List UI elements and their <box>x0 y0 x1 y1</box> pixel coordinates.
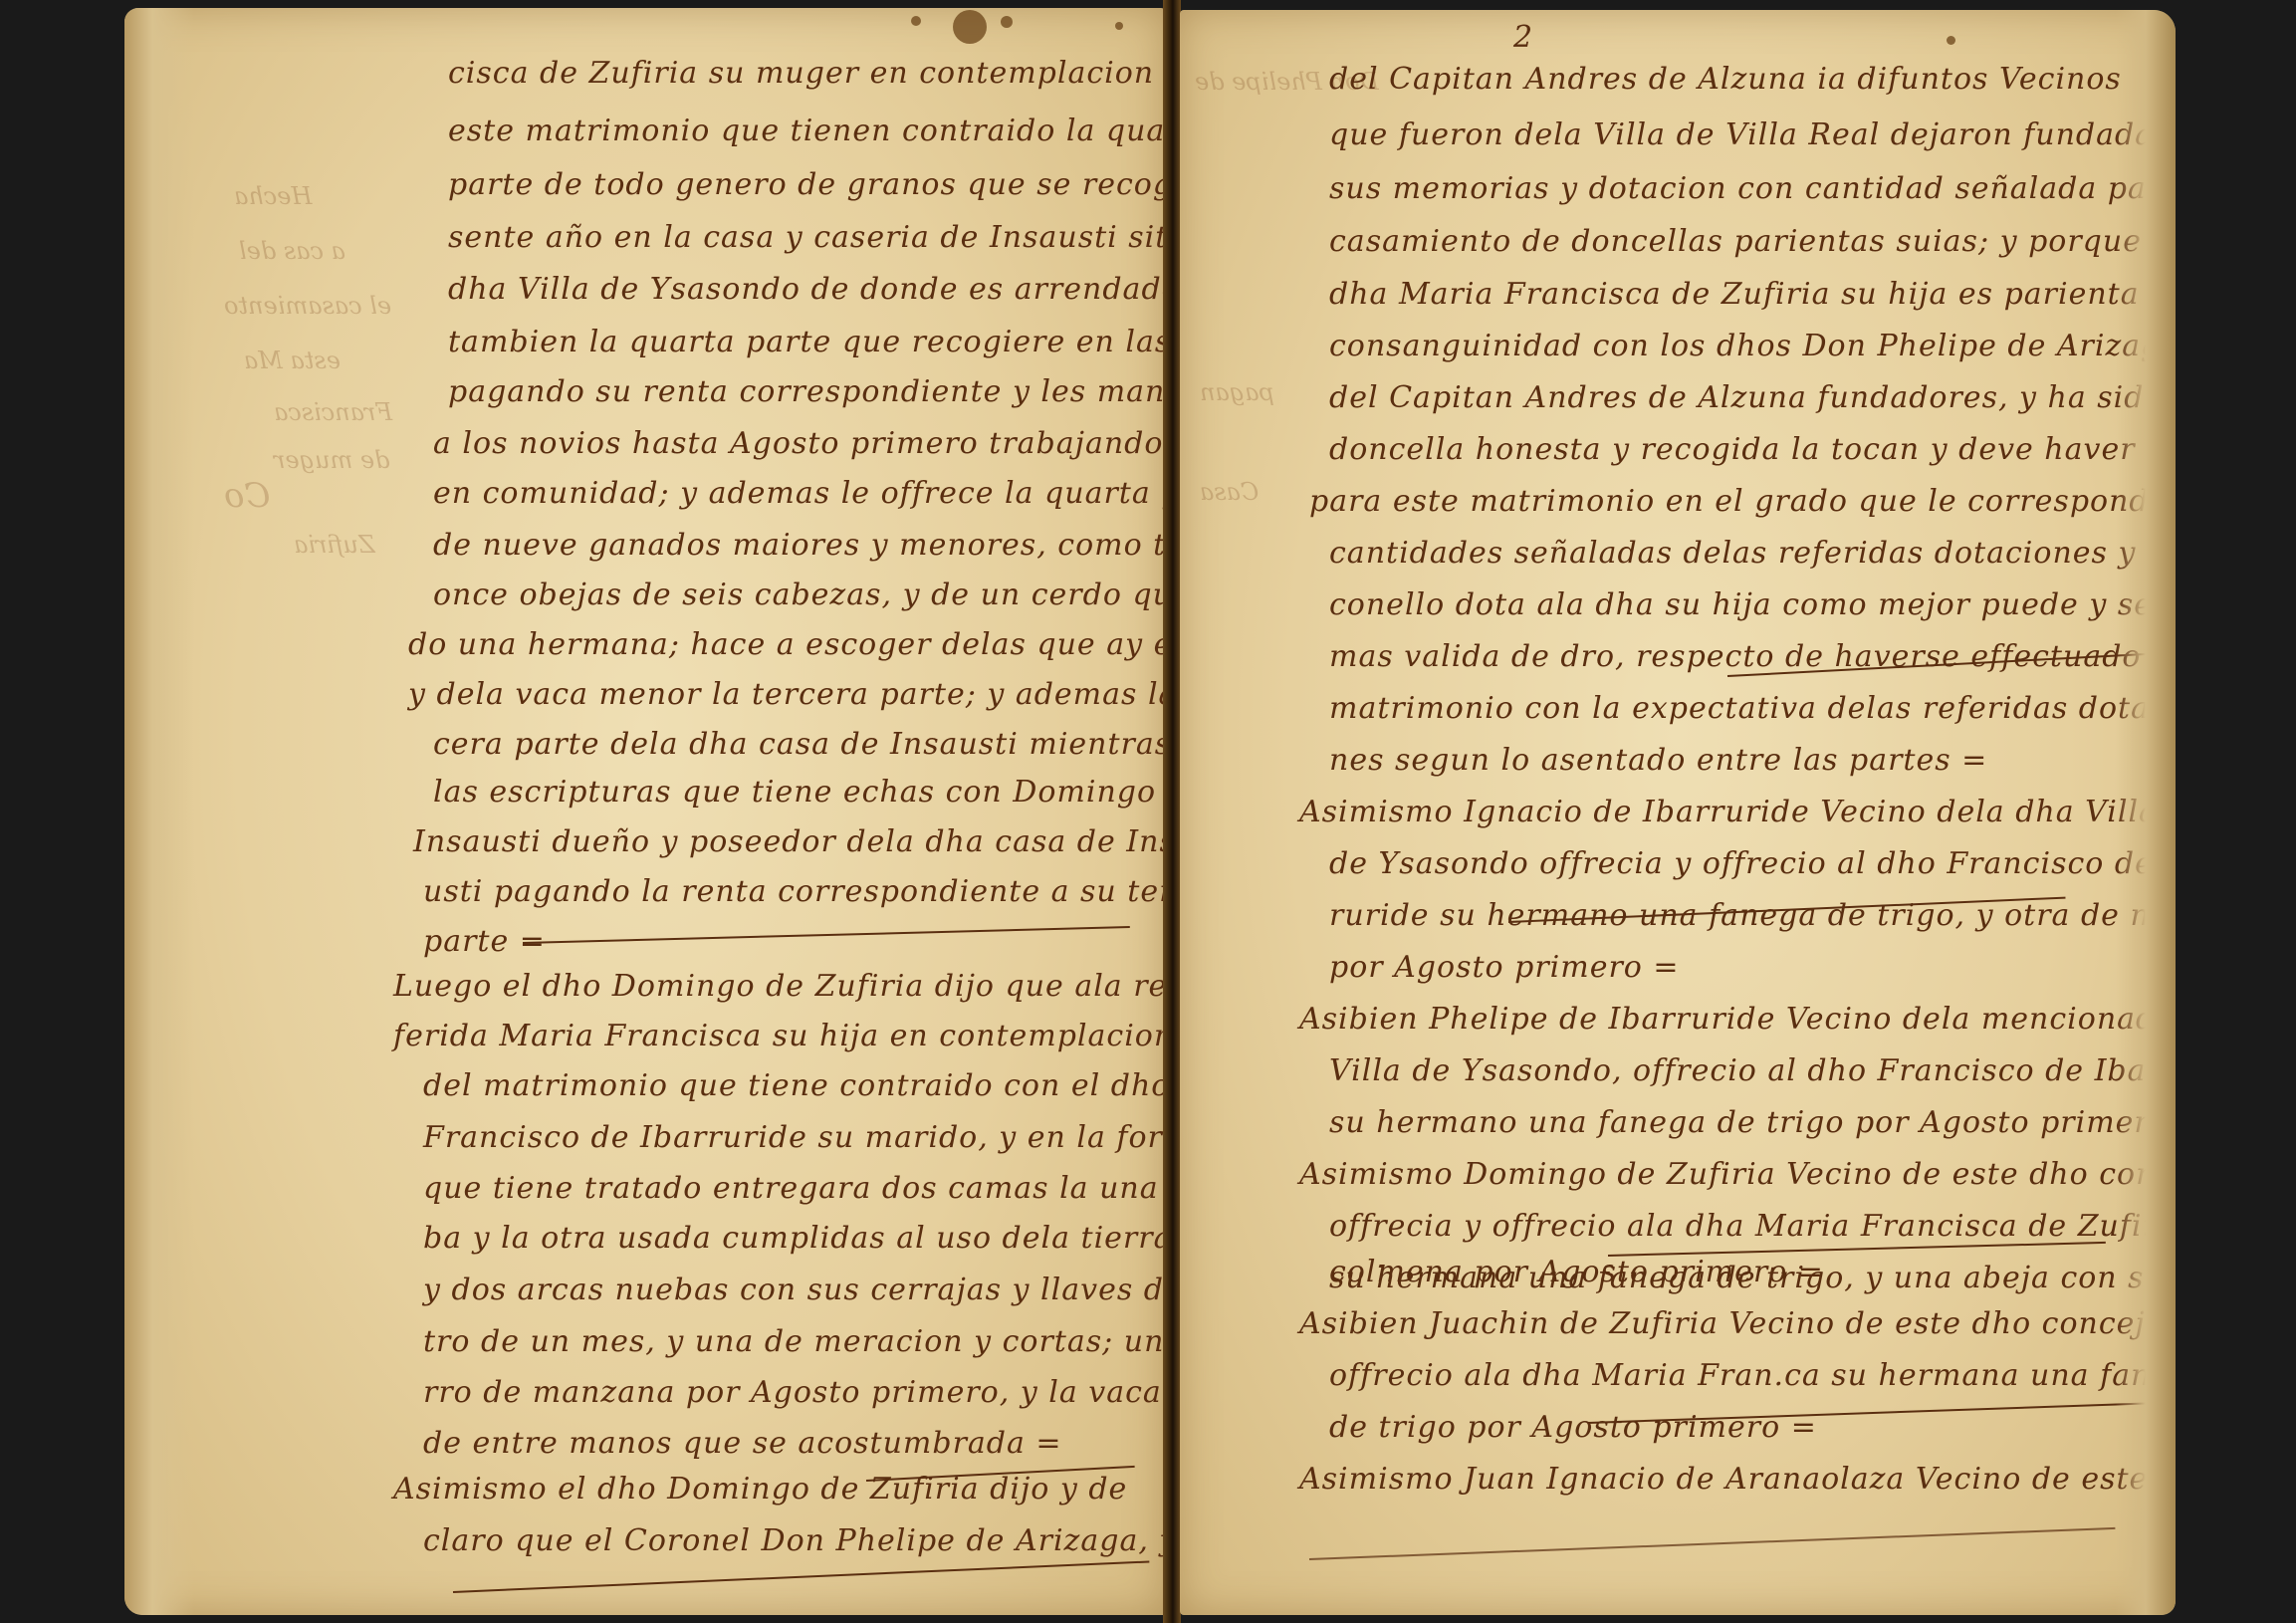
manuscript-line: ferida Maria Francisca su hija en contem… <box>393 1019 1165 1053</box>
manuscript-line: tro de un mes, y una de meracion y corta… <box>423 1324 1165 1359</box>
right-page: 2 Don Phelipe de Casa pagan del Capitan … <box>1180 10 2176 1615</box>
margin-bleedthrough: Casa <box>1200 478 1259 506</box>
manuscript-line: para este matrimonio en el grado que le … <box>1309 484 2176 519</box>
manuscript-line: offrecia y offrecio ala dha Maria Franci… <box>1329 1209 2176 1244</box>
page-number: 2 <box>1513 20 1532 55</box>
manuscript-line: del matrimonio que tiene contraido con e… <box>423 1068 1165 1103</box>
manuscript-line: cera parte dela dha casa de Insausti mie… <box>433 727 1165 762</box>
ink-spot <box>911 16 921 26</box>
manuscript-line: dha Maria Francisca de Zufiria su hija e… <box>1329 277 2176 312</box>
bleedthrough-text: de muger <box>274 446 389 474</box>
manuscript-line: del Capitan Andres de Alzuna fundadores,… <box>1329 380 2164 415</box>
manuscript-line: de entre manos que se acostumbrada = <box>423 1426 1062 1461</box>
manuscript-line: Asimismo el dho Domingo de Zufiria dijo … <box>393 1472 1127 1507</box>
manuscript-line: colmena por Agosto primero = <box>1329 1255 1824 1289</box>
manuscript-line: offrecio ala dha Maria Fran.ca su herman… <box>1329 1358 2176 1393</box>
manuscript-line: cantidades señaladas delas referidas dot… <box>1329 536 2136 571</box>
manuscript-line: Villa de Ysasondo, offrecio al dho Franc… <box>1329 1053 2176 1088</box>
bleedthrough-text: a cas del <box>239 237 345 265</box>
manuscript-line: su hermano una fanega de trigo por Agost… <box>1329 1105 2176 1140</box>
manuscript-line: y dela vaca menor la tercera parte; y ad… <box>408 677 1165 712</box>
manuscript-line: doncella honesta y recogida la tocan y d… <box>1329 432 2176 467</box>
manuscript-spread: Hecha a cas del el casamiento esta Ma Fr… <box>0 0 2296 1623</box>
manuscript-line: Asimismo Ignacio de Ibarruride Vecino de… <box>1299 795 2158 829</box>
manuscript-line: este matrimonio que tienen contraido la … <box>448 114 1165 148</box>
ink-stain <box>953 10 987 44</box>
bleedthrough-text: Co <box>224 476 270 516</box>
manuscript-line: y dos arcas nuebas con sus cerrajas y ll… <box>423 1273 1165 1307</box>
manuscript-line: matrimonio con la expectativa delas refe… <box>1329 691 2176 726</box>
manuscript-line: nes segun lo asentado entre las partes = <box>1329 743 1987 778</box>
manuscript-line: por Agosto primero = <box>1329 950 1680 985</box>
left-page: Hecha a cas del el casamiento esta Ma Fr… <box>124 8 1165 1615</box>
manuscript-line: usti pagando la renta correspondiente a … <box>423 874 1165 909</box>
manuscript-line: Asimismo Juan Ignacio de Aranaolaza Veci… <box>1299 1462 2148 1497</box>
manuscript-line: Asibien Juachin de Zufiria Vecino de est… <box>1299 1306 2165 1341</box>
manuscript-line: de nueve ganados maiores y menores, como… <box>433 528 1165 563</box>
ink-spot <box>1115 22 1123 30</box>
manuscript-line: que fueron dela Villa de Villa Real deja… <box>1329 117 2171 152</box>
manuscript-line: cisca de Zufiria su muger en contemplaci… <box>448 56 1165 91</box>
manuscript-line: Francisco de Ibarruride su marido, y en … <box>423 1120 1165 1155</box>
manuscript-line: en comunidad; y ademas le offrece la qua… <box>433 476 1165 511</box>
manuscript-line: parte de todo genero de granos que se re… <box>448 167 1165 202</box>
manuscript-line: Asimismo Domingo de Zufiria Vecino de es… <box>1299 1157 2176 1192</box>
manuscript-line: Luego el dho Domingo de Zufiria dijo que… <box>393 969 1165 1004</box>
manuscript-line: dha Villa de Ysasondo de donde es arrend… <box>448 272 1165 307</box>
section-divider <box>453 1560 1149 1593</box>
manuscript-line: sus memorias y dotacion con cantidad señ… <box>1329 171 2176 206</box>
manuscript-line: consanguinidad con los dhos Don Phelipe … <box>1329 329 2176 363</box>
bleedthrough-text: Hecha <box>234 182 312 210</box>
manuscript-line: conello dota ala dha su hija como mejor … <box>1329 587 2172 622</box>
manuscript-line: del Capitan Andres de Alzuna ia difuntos… <box>1329 62 2122 97</box>
book-gutter <box>1163 0 1181 1623</box>
ink-spot <box>1001 16 1013 28</box>
manuscript-line: casamiento de doncellas parientas suias;… <box>1329 224 2176 259</box>
bleedthrough-text: Francisca <box>274 398 392 426</box>
bleedthrough-text: Zufiria <box>294 531 375 559</box>
manuscript-line: pagando su renta correspondiente y les m… <box>448 374 1165 409</box>
bleedthrough-text: esta Ma <box>244 347 341 374</box>
manuscript-line: tambien la quarta parte que recogiere en… <box>448 325 1165 359</box>
manuscript-line: que tiene tratado entregara dos camas la… <box>423 1171 1165 1206</box>
ink-spot <box>1947 36 1955 45</box>
manuscript-line: claro que el Coronel Don Phelipe de Ariz… <box>423 1523 1165 1558</box>
manuscript-line: rro de manzana por Agosto primero, y la … <box>423 1375 1165 1410</box>
manuscript-line: sente año en la casa y caseria de Insaus… <box>448 220 1165 255</box>
margin-bleedthrough: pagan <box>1200 378 1274 406</box>
section-divider <box>523 926 1130 944</box>
manuscript-line: mas valida de dro, respecto de haverse e… <box>1329 639 2176 674</box>
manuscript-line: las escripturas que tiene echas con Domi… <box>433 775 1165 810</box>
manuscript-line: de Ysasondo offrecia y offrecio al dho F… <box>1329 846 2176 881</box>
manuscript-line: Insausti dueño y poseedor dela dha casa … <box>413 824 1165 859</box>
bleedthrough-text: el casamiento <box>224 292 391 320</box>
manuscript-line: a los novios hasta Agosto primero trabaj… <box>433 426 1165 461</box>
manuscript-line: de trigo por Agosto primero = <box>1329 1410 1817 1445</box>
manuscript-line: ruride su hermano una fanega de trigo, y… <box>1329 898 2176 933</box>
manuscript-line: ba y la otra usada cumplidas al uso dela… <box>423 1221 1165 1256</box>
manuscript-line: Asibien Phelipe de Ibarruride Vecino del… <box>1299 1002 2175 1037</box>
manuscript-line: once obejas de seis cabezas, y de un cer… <box>433 578 1165 612</box>
manuscript-line: do una hermana; hace a escoger delas que… <box>408 627 1165 662</box>
section-divider <box>1309 1527 2115 1560</box>
